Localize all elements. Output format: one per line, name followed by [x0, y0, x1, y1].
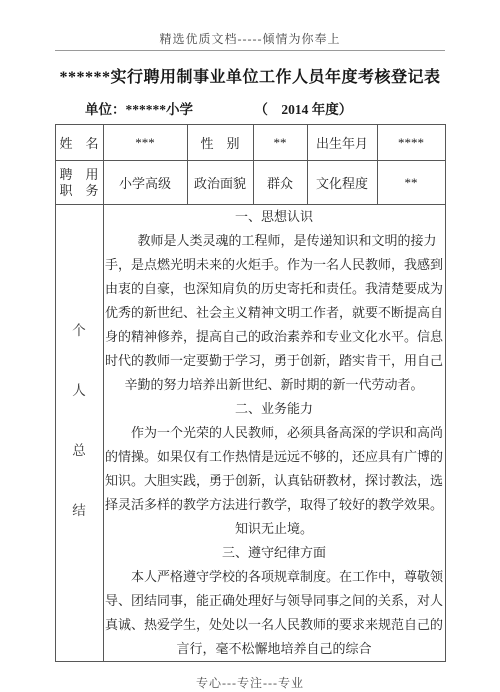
name-value: *** [103, 125, 187, 161]
political-status-value: 群众 [253, 161, 307, 205]
political-status-label: 政治面貌 [187, 161, 253, 205]
assessment-form-table: 姓 名 *** 性 别 ** 出生年月 **** 聘 用 职 务 小学高级 政治… [55, 124, 446, 662]
education-value: ** [377, 161, 445, 205]
personal-summary-content: 一、思想认识 教师是人类灵魂的工程师，是传递知识和文明的接力手，是点燃光明未来的… [103, 205, 445, 662]
section-2-heading: 二、业务能力 [104, 397, 445, 421]
document-footer: 专心---专注---专业 [0, 674, 500, 691]
unit-label: 单位：******小学 [85, 102, 193, 117]
gender-label: 性 别 [187, 125, 253, 161]
section-1-text: 教师是人类灵魂的工程师，是传递知识和文明的接力手，是点燃光明未来的火炬手。作为一… [104, 229, 445, 397]
section-3-heading: 三、遵守纪律方面 [104, 541, 445, 565]
section-2-text: 作为一个光荣的人民教师，必须具备高深的学识和高尚的情操。如果仅有工作热情是远远不… [104, 421, 445, 541]
unit-line: 单位：******小学 （ 2014 年度） [55, 98, 445, 118]
year-label: （ 2014 年度） [254, 102, 352, 117]
table-row-summary: 个 人 总 结 一、思想认识 教师是人类灵魂的工程师，是传递知识和文明的接力手，… [55, 205, 445, 662]
name-label: 姓 名 [55, 125, 103, 161]
birthdate-value: **** [377, 125, 445, 161]
section-3-text: 本人严格遵守学校的各项规章制度。在工作中，尊敬领导、团结同事，能正确处理好与领导… [104, 565, 445, 661]
table-row-position: 聘 用 职 务 小学高级 政治面貌 群众 文化程度 ** [55, 161, 445, 205]
education-label: 文化程度 [307, 161, 377, 205]
section-1-heading: 一、思想认识 [104, 205, 445, 229]
table-row-name: 姓 名 *** 性 别 ** 出生年月 **** [55, 125, 445, 161]
personal-summary-label: 个 人 总 结 [55, 205, 103, 662]
position-value: 小学高级 [103, 161, 187, 205]
page-title: ******实行聘用制事业单位工作人员年度考核登记表 [0, 64, 500, 87]
gender-value: ** [253, 125, 307, 161]
birthdate-label: 出生年月 [307, 125, 377, 161]
position-label: 聘 用 职 务 [55, 161, 103, 205]
header-text: 精选优质文档-----倾情为你奉上 [160, 32, 341, 46]
document-header: 精选优质文档-----倾情为你奉上 [55, 30, 445, 51]
